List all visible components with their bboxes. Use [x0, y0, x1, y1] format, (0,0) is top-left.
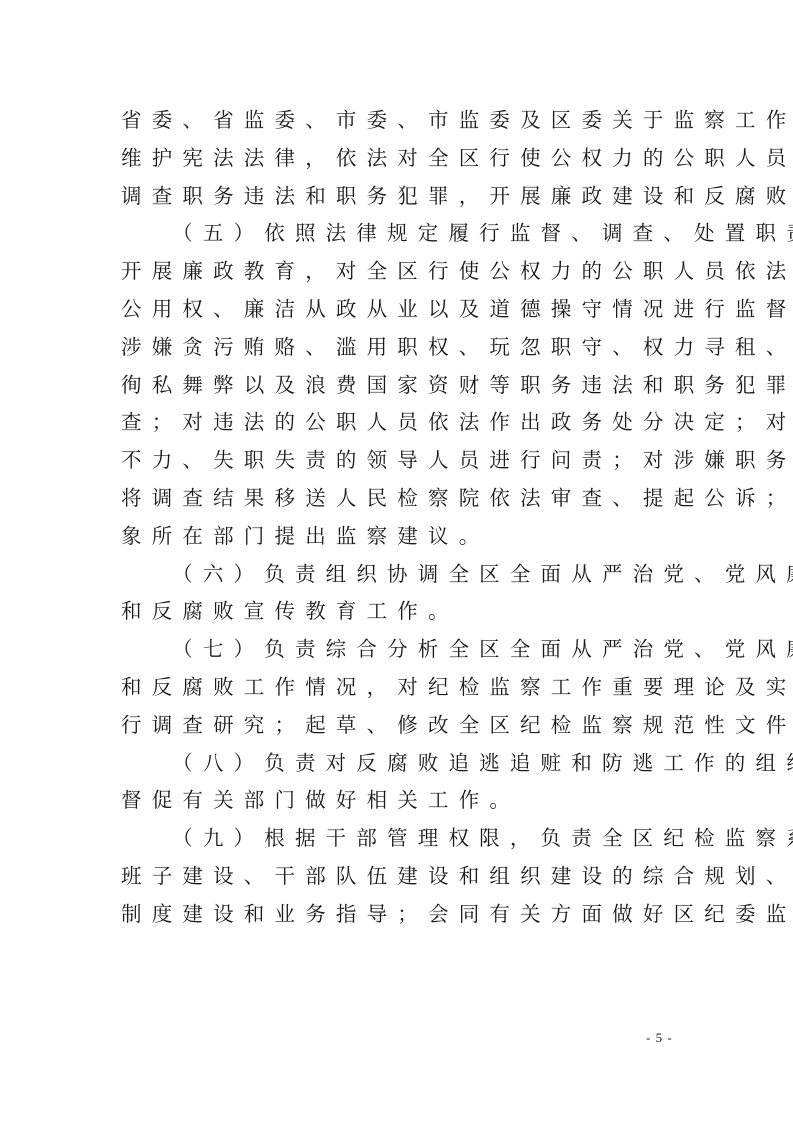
paragraph-7-start: （七）负责综合分析全区全面从严治党、党风廉政建设	[121, 631, 687, 669]
text-line: 开展廉政教育，对全区行使公权力的公职人员依法履职、秉	[121, 253, 687, 291]
text-line: 维护宪法法律，依法对全区行使公权力的公职人员进行监察，	[121, 140, 687, 178]
paragraph-6-start: （六）负责组织协调全区全面从严治党、党风廉政建设	[121, 556, 687, 594]
text-line: 涉嫌贪污贿赂、滥用职权、玩忽职守、权力寻租、利益输送、	[121, 329, 687, 367]
text-line: 和反腐败工作情况，对纪检监察工作重要理论及实践问题进	[121, 669, 687, 707]
paragraph-8-start: （八）负责对反腐败追逃追赃和防逃工作的组织协调，	[121, 745, 687, 783]
text-line: 徇私舞弊以及浪费国家资财等职务违法和职务犯罪进行调	[121, 367, 687, 405]
paragraph-9-start: （九）根据干部管理权限，负责全区纪检监察系统领导	[121, 820, 687, 858]
text-line: 不力、失职失责的领导人员进行问责；对涉嫌职务犯罪的，	[121, 442, 687, 480]
document-page: 省委、省监委、市委、市监委及区委关于监察工作的决定， 维护宪法法律，依法对全区行…	[0, 0, 793, 1122]
body-text: 省委、省监委、市委、市监委及区委关于监察工作的决定， 维护宪法法律，依法对全区行…	[121, 102, 687, 934]
text-line: 督促有关部门做好相关工作。	[121, 782, 687, 820]
text-line: 班子建设、干部队伍建设和组织建设的综合规划、政策研究、	[121, 858, 687, 896]
text-line: 调查职务违法和职务犯罪，开展廉政建设和反腐败工作。	[121, 178, 687, 216]
paragraph-5-start: （五）依照法律规定履行监督、调查、处置职责。推动	[121, 215, 687, 253]
text-line: 象所在部门提出监察建议。	[121, 518, 687, 556]
text-line: 和反腐败宣传教育工作。	[121, 593, 687, 631]
text-line: 省委、省监委、市委、市监委及区委关于监察工作的决定，	[121, 102, 687, 140]
text-line: 行调查研究；起草、修改全区纪检监察规范性文件和制度。	[121, 707, 687, 745]
text-line: 制度建设和业务指导；会同有关方面做好区纪委监委派驻机	[121, 896, 687, 934]
page-number: - 5 -	[646, 1030, 673, 1046]
text-line: 查；对违法的公职人员依法作出政务处分决定；对履行职责	[121, 404, 687, 442]
text-line: 公用权、廉洁从政从业以及道德操守情况进行监督检查；对	[121, 291, 687, 329]
text-line: 将调查结果移送人民检察院依法审查、提起公诉；向监察对	[121, 480, 687, 518]
